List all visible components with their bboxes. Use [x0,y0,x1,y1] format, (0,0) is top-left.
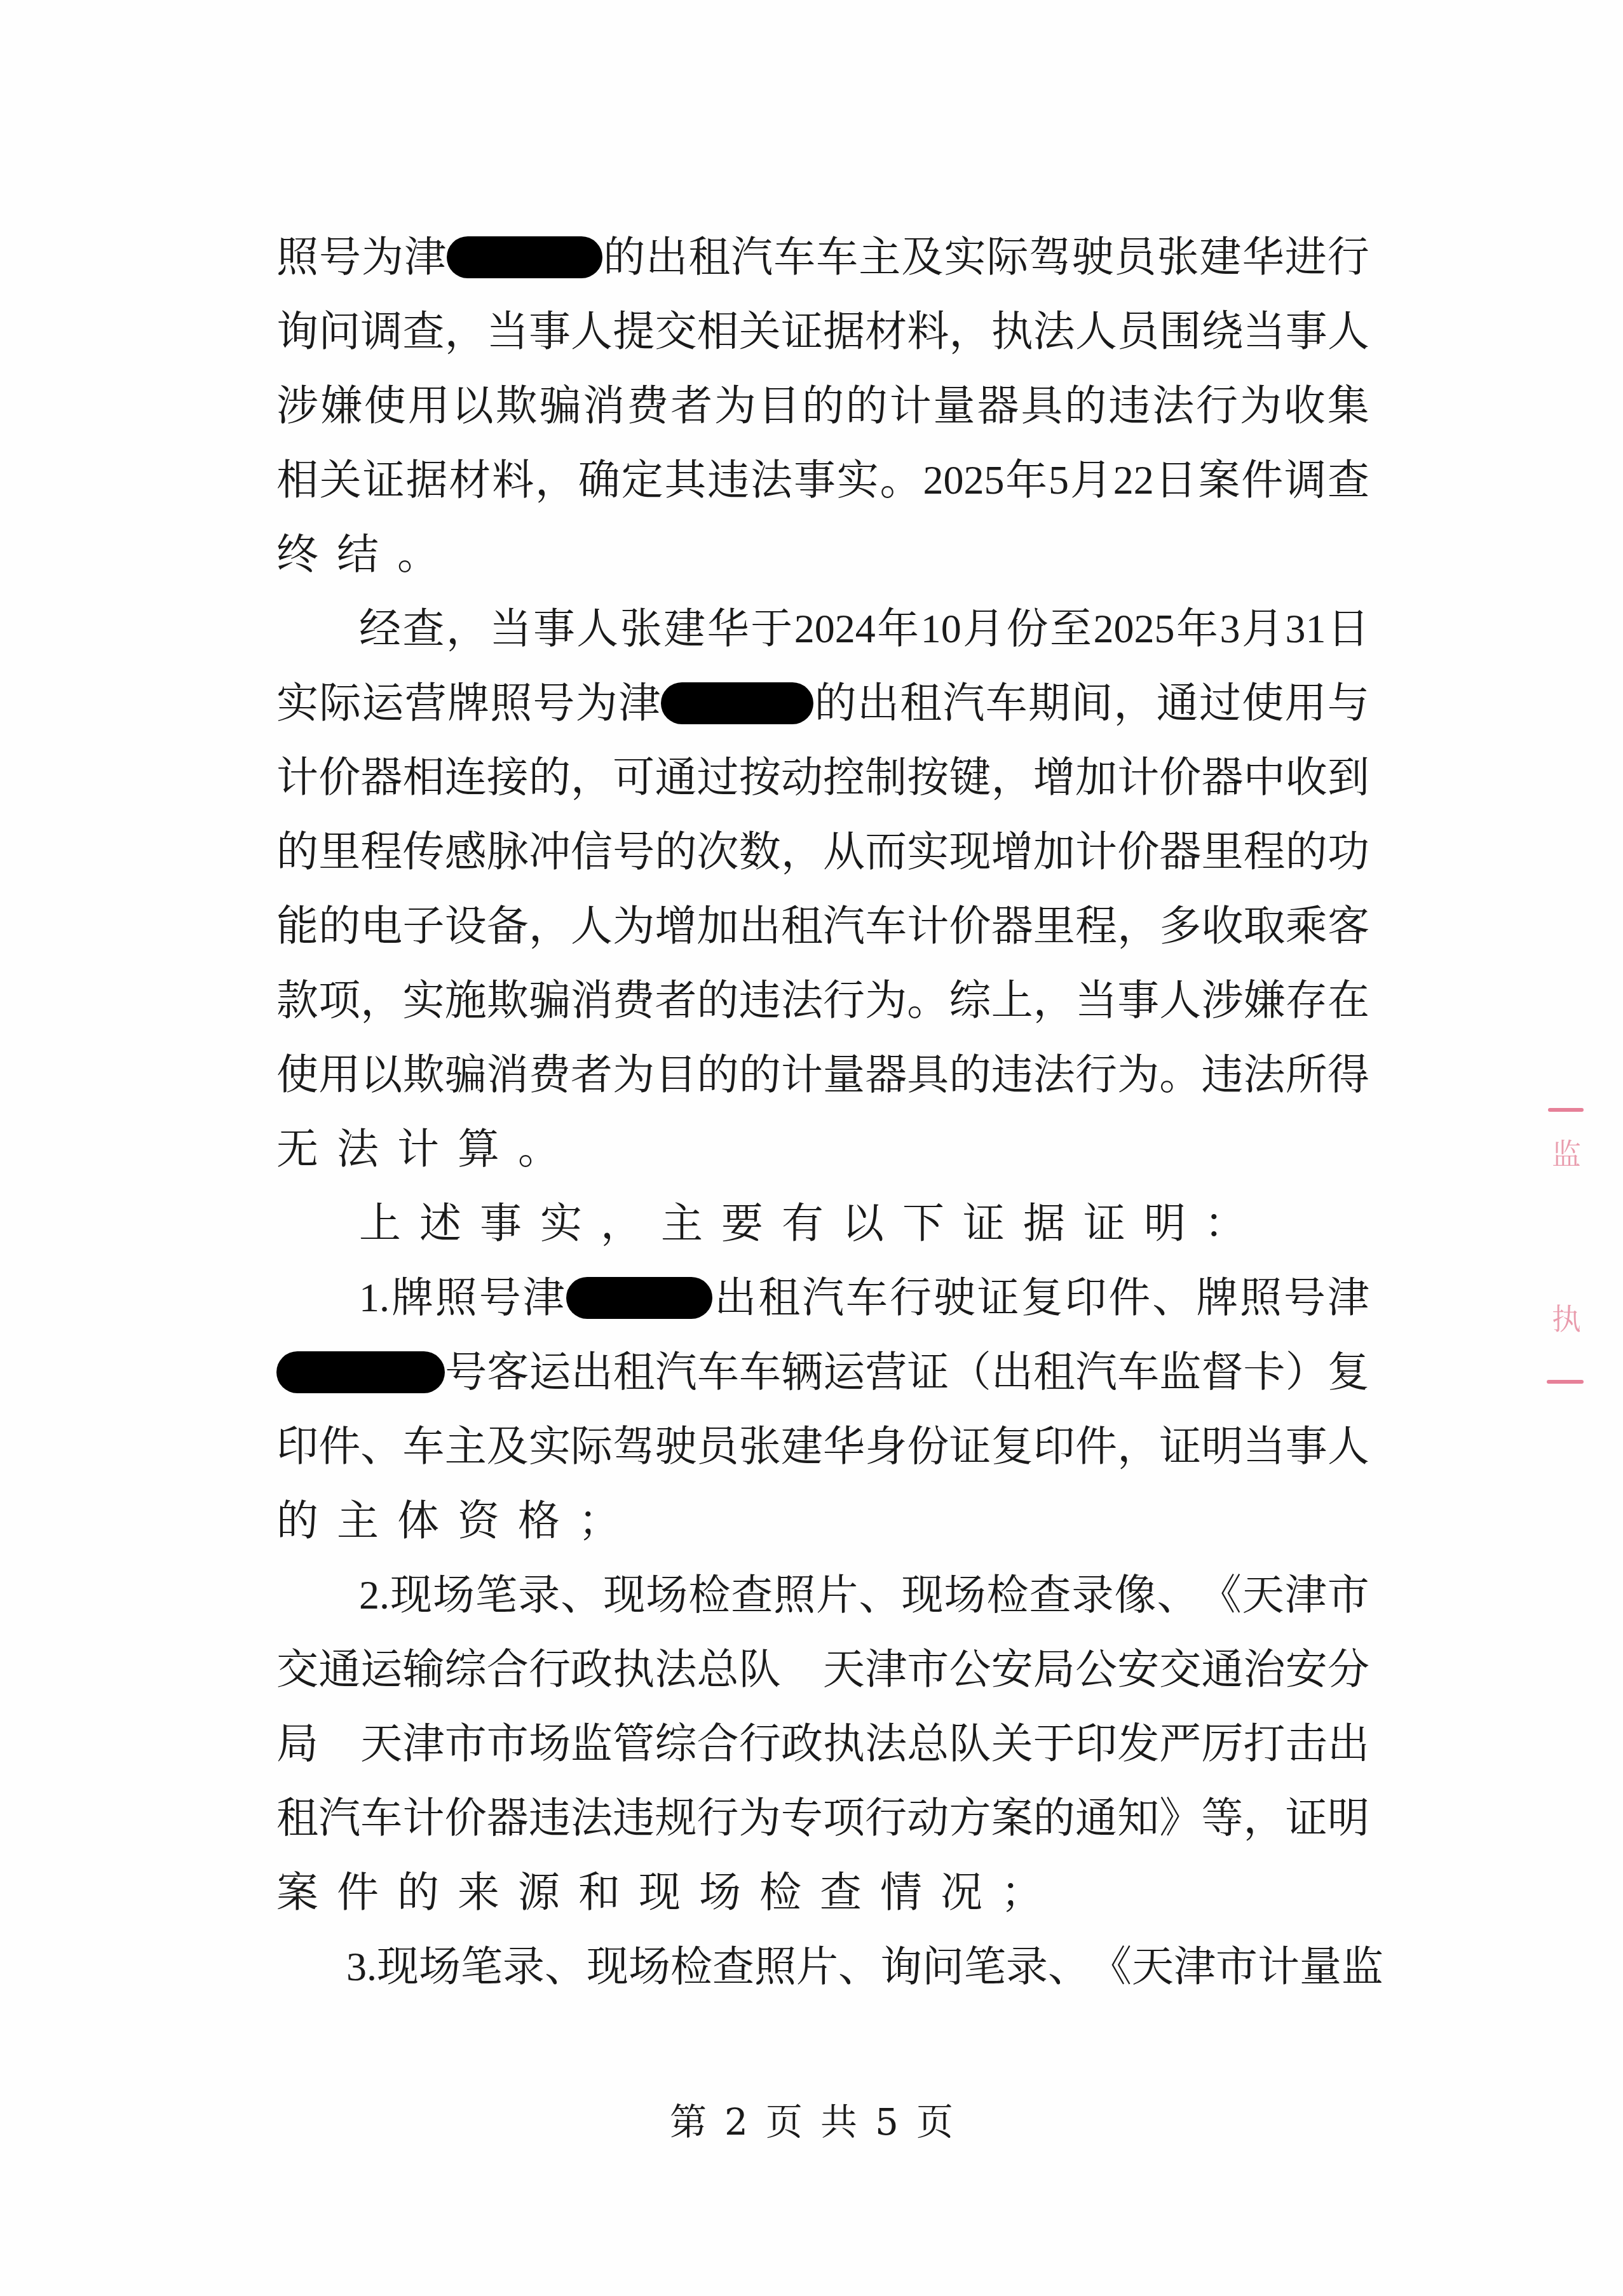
text-char: 场 [699,1867,741,1918]
text-char: 交 [276,1644,318,1695]
text-char: 政 [781,1719,823,1769]
text-char: 卡 [1244,1347,1286,1398]
text-char: 出 [739,901,781,952]
text-char: 下 [902,1198,944,1249]
redacted-license-plate [661,682,813,724]
text-char: 方 [949,1793,991,1844]
text-char: 人 [576,604,618,654]
text-char: 局 [1033,1644,1075,1695]
text-char: ； [1001,1867,1043,1918]
text-char: 津 [1328,1273,1369,1323]
text-char: 接 [487,752,529,803]
official-seal-fragment: 监 执 [1545,1105,1584,1385]
text-char: 为 [865,975,907,1026]
text-char: 动 [907,1793,949,1844]
text-char: 的 [739,1050,781,1100]
text-char: 查 [402,604,444,654]
text-char: 量 [823,1050,865,1100]
text-char: 张 [739,1421,781,1472]
text-char: ） [1286,1347,1328,1398]
text-char: 实 [529,1421,571,1472]
text-char: ， [1114,678,1156,729]
text-char: 牌 [447,678,489,729]
text-char: 证 [1159,1421,1201,1472]
text-char: 费 [529,1050,571,1100]
text-char: 实 [276,678,318,729]
text-char: 汽 [731,232,773,283]
text-char: 感 [445,827,487,877]
text-char: 体 [397,1496,439,1546]
text-char: 案 [991,1793,1033,1844]
number-text: 10 [921,604,961,654]
text-char: 租 [276,1793,318,1844]
text-char: 场 [628,1941,670,1992]
text-char: 现 [949,827,991,877]
text-char: 案 [276,1867,318,1918]
text-char: 主 [445,1421,487,1472]
text-char: 器 [1159,827,1201,877]
text-char: 综 [445,1644,487,1695]
text-char: 使 [364,381,406,431]
text-char: 而 [865,827,907,877]
text-char: 驶 [934,1273,975,1323]
text-line: 1.牌照号津出租汽车行驶证复印件、牌照号津 [359,1273,1369,1323]
text-char: 问 [318,306,360,357]
text-char: 津 [1285,1570,1327,1621]
text-char [318,1719,360,1769]
text-char: 市 [1328,1570,1369,1621]
text-char: 、 [1048,1941,1090,1992]
text-char: 汽 [942,678,984,729]
document-page: 照号为津的出租汽车车主及实际驾驶员张建华进行询问调查，当事人提交相关证据材料，执… [0,0,1623,2296]
text-char: 算 [458,1124,499,1175]
text-char: 为 [1240,381,1282,431]
text-char: （ [949,1347,991,1398]
text-line: 能的电子设备，人为增加出租汽车计价器里程，多收取乘客 [276,901,1369,952]
text-char: 印 [1033,1421,1075,1472]
text-char: 增 [991,827,1033,877]
text-char: 。 [518,1124,560,1175]
text-char: 建 [1200,232,1242,283]
text-char: 严 [1159,1719,1201,1769]
text-char: 号 [479,1273,521,1323]
text-char: 加 [1033,827,1075,877]
text-char: 在 [1328,975,1369,1026]
text-char: 检 [688,1570,730,1621]
text-char: 明 [1144,1198,1186,1249]
text-char: 检 [986,1570,1028,1621]
text-char: 通 [655,752,696,803]
text-char: 汽 [655,1347,697,1398]
footer-part: 第 [670,2100,707,2144]
text-char: 、 [545,1941,587,1992]
text-char: 出 [714,1273,756,1323]
text-char: 津 [865,1644,907,1695]
text-char: 关 [320,455,362,506]
text-char: 、 [560,1570,602,1621]
text-char: 法 [655,1644,696,1695]
text-char: 乘 [1286,901,1328,952]
text-char: 出 [646,232,688,283]
seal-border-bottom [1547,1380,1584,1384]
text-char: 输 [402,1644,444,1695]
text-char: 复 [991,1421,1033,1472]
text-char: 队 [739,1644,781,1695]
text-char: 至 [1050,604,1092,654]
text-char: 调 [360,306,402,357]
text-char: 制 [865,752,907,803]
total-pages-number: 5 [875,2100,899,2144]
text-char: 事 [480,1198,522,1249]
text-char: 车 [360,1793,402,1844]
text-char: 的 [1064,381,1106,431]
number-text: 5 [1049,455,1069,506]
text-char: 于 [750,604,792,654]
text-char: 实 [402,975,444,1026]
text-char: 人 [571,306,613,357]
text-char: 计 [907,901,949,952]
text-char: 行 [890,1273,932,1323]
text-char: 现 [603,1570,645,1621]
text-char: 综 [655,1719,696,1769]
text-char: 明 [1328,1793,1369,1844]
text-char: 场 [944,1570,986,1621]
text-char: 场 [646,1570,688,1621]
text-char: 件 [1108,1273,1150,1323]
text-line: 的里程传感脉冲信号的次数，从而实现增加计价器里程的功 [276,827,1369,877]
text-char: 公 [1075,1644,1117,1695]
text-char: 安 [1286,1644,1328,1695]
text-char: 设 [445,901,487,952]
footer-part: 页 [766,2100,803,2144]
text-char: 为 [714,381,756,431]
text-char: 无 [276,1124,318,1175]
text-char: 要 [721,1198,763,1249]
text-char: 人 [1328,306,1369,357]
text-char: 使 [276,1050,318,1100]
text-line: 局 天津市市场监管综合行政执法总队关于印发严厉打击出 [276,1719,1369,1769]
text-char: 证 [907,1347,949,1398]
text-char: 行 [865,1793,907,1844]
text-char: 印 [1075,1719,1117,1769]
seal-border-top [1548,1108,1584,1112]
text-char: 欺 [402,1050,444,1100]
text-char: 出 [571,1347,613,1398]
text-char: 料 [907,306,949,357]
text-char: 集 [1328,381,1369,431]
text-char: 按 [739,752,781,803]
text-char: 驾 [1029,232,1071,283]
text-char: 消 [571,975,613,1026]
text-line: 涉嫌使用以欺骗消费者为目的的计量器具的违法行为收集 [276,381,1369,431]
text-char: 器 [1201,752,1243,803]
text-char: 行 [739,1719,781,1769]
text-char: 执 [823,1719,865,1769]
text-char: 量 [934,381,975,431]
text-char: 键 [949,752,991,803]
text-char: 得 [1328,1050,1369,1100]
text-char: 查 [402,306,444,357]
text-char: 消 [487,1050,529,1100]
text-char: 年 [1176,604,1218,654]
text-char: 违 [991,1050,1033,1100]
text-char: 现 [901,1570,943,1621]
redacted-license-plate [276,1351,445,1393]
text-char: 出 [1328,1719,1369,1769]
text-char: 程 [1244,827,1286,877]
text-char: 市 [907,1644,949,1695]
seal-glyph-1: 监 [1552,1131,1581,1173]
text-char: ， [1244,1793,1286,1844]
text-char: 收 [1284,381,1326,431]
text-char: 终 [276,529,318,580]
text-char: 计 [890,381,932,431]
text-char: 场 [529,1719,571,1769]
text-char: 项 [823,1793,865,1844]
text-char: 传 [402,827,444,877]
text-char: 当 [1244,1421,1286,1472]
text-char: 取 [1244,901,1286,952]
text-char: 件 [318,1421,360,1472]
text-char: 关 [991,1719,1033,1769]
text-char: 号 [1284,1273,1326,1323]
text-char: 的 [276,1496,318,1546]
text-char: ： [1204,1198,1246,1249]
text-char: 实 [944,232,986,283]
text-char: 证 [781,306,823,357]
text-char: 安 [1117,1644,1159,1695]
text-char: ； [578,1496,620,1546]
text-char: 骗 [539,381,581,431]
text-char: 程 [1075,901,1117,952]
text-char: 照 [435,1273,477,1323]
text-char: 问 [922,1941,964,1992]
text-char: ， [1117,901,1159,952]
text-char: 收 [1201,901,1243,952]
text-char: ， [360,975,402,1026]
text-char: 证 [963,1198,1005,1249]
text-char: 欺 [487,975,529,1026]
text-char: 备 [487,901,529,952]
text-char: 法 [1244,1050,1286,1100]
text-char: 、 [360,1421,402,1472]
text-char: 骗 [445,1050,487,1100]
text-char: ， [446,604,488,654]
number-text: 2024 [794,604,876,654]
text-char: 绕 [1201,306,1243,357]
text-char: 复 [1328,1347,1369,1398]
text-char: 嫌 [1244,975,1286,1026]
text-char: 行 [823,975,865,1026]
text-char: 的 [697,1050,739,1100]
text-char: 据 [405,455,447,506]
text-char: 目 [758,381,800,431]
text-char: 合 [697,1719,739,1769]
text-line: 2.现场笔录、现场检查照片、现场检查录像、《天津市 [359,1570,1369,1621]
text-char: 津 [402,1719,444,1769]
text-char: 运 [360,1644,402,1695]
text-char: 录 [1006,1941,1048,1992]
text-char: 综 [949,975,991,1026]
text-char: 、 [838,1941,880,1992]
text-char: 定 [621,455,663,506]
text-char: 华 [823,1421,865,1472]
text-char: 号 [613,827,655,877]
text-char: 津 [1174,1941,1216,1992]
text-char: 材 [865,306,907,357]
text-char: 经 [359,604,401,654]
text-char: 违 [1108,381,1150,431]
text-char: 车 [816,232,858,283]
text-line: 询问调查，当事人提交相关证据材料，执法人员围绕当事人 [276,306,1369,357]
text-char: 存 [1286,975,1328,1026]
text-char: 为 [362,232,404,283]
text-char: 安 [991,1644,1033,1695]
text-char: 主 [661,1198,703,1249]
text-char: 嫌 [320,381,362,431]
text-line: 无法计算。 [276,1124,1369,1175]
text-char: 源 [518,1867,560,1918]
text-char: 建 [781,1421,823,1472]
text-char: 。 [397,529,439,580]
text-char: 管 [613,1719,655,1769]
text-line: 使用以欺骗消费者为目的的计量器具的违法行为。违法所得 [276,1050,1369,1100]
text-char: 租 [1033,1347,1075,1398]
text-char: 出 [991,1347,1033,1398]
text-char: 监 [1159,1347,1201,1398]
text-char: 为 [576,678,618,729]
text-char: 年 [1005,455,1047,506]
text-char: 确 [578,455,620,506]
text-char: 连 [445,752,487,803]
text-char: 汽 [318,1793,360,1844]
number-text: 22 [1113,455,1154,506]
text-char: 围 [1159,306,1201,357]
text-char: 为 [739,1793,781,1844]
text-char: 日 [1155,455,1197,506]
text-char: 价 [1159,752,1201,803]
text-char: 当 [487,306,529,357]
text-char: 笔 [461,1941,503,1992]
text-char: ， [949,306,991,357]
text-line: 款项，实施欺骗消费者的违法行为。综上，当事人涉嫌存在 [276,975,1369,1026]
text-char: 张 [1157,232,1199,283]
text-char: 违 [739,975,781,1026]
text-char: 者 [571,1050,613,1100]
text-char: 具 [1021,381,1063,431]
text-char: 的 [697,975,739,1026]
text-char: 公 [949,1644,991,1695]
text-char: 资 [458,1496,499,1546]
current-page-number: 2 [724,2100,748,2144]
text-char: 骗 [529,975,571,1026]
text-char: 违 [1201,1050,1243,1100]
text-char: 子 [402,901,444,952]
text-char: 询 [276,306,318,357]
text-char: 查 [712,1941,754,1992]
text-char: 人 [1328,1421,1369,1472]
text-char: 交 [1159,1644,1201,1695]
text-char: 政 [571,1644,613,1695]
text-char: 从 [823,827,865,877]
text-char: ， [535,455,577,506]
text-char: 津 [618,678,660,729]
text-char: 事 [1117,975,1159,1026]
text-char: 于 [1033,1719,1075,1769]
seal-glyph-2: 执 [1552,1296,1581,1338]
text-char: 租 [781,901,823,952]
text-char: 市 [1216,1941,1258,1992]
text-char: 录 [1072,1570,1114,1621]
text-char: 营 [405,678,447,729]
text-char: 笔 [964,1941,1006,1992]
text-char: 格 [518,1496,560,1546]
text-char: 计 [276,752,318,803]
text-char: 当 [1075,975,1117,1026]
text-char: 与 [1328,678,1369,729]
text-char: 以 [842,1198,884,1249]
text-char: 器 [487,1793,529,1844]
text-char: 查 [1029,1570,1071,1621]
text-char: 计 [397,1124,439,1175]
text-char: 上 [359,1198,401,1249]
text-char: 控 [823,752,865,803]
number-text: 3. [346,1941,377,1992]
text-line: 照号为津的出租汽车车主及实际驾驶员张建华进行 [276,232,1369,283]
text-char: 。 [1159,1050,1201,1100]
text-char: 队 [949,1719,991,1769]
text-char: 际 [986,232,1028,283]
text-char: 合 [487,1644,529,1695]
text-char: 车 [1117,1347,1159,1398]
text-char: 中 [1244,752,1286,803]
text-char: 法 [571,1793,613,1844]
text-char: 汽 [823,901,865,952]
text-char: 过 [1199,678,1241,729]
text-char: 当 [1244,306,1286,357]
text-char: 信 [571,827,613,877]
text-char: 用 [408,381,450,431]
text-char: 月 [1070,455,1112,506]
text-char: 增 [655,901,696,952]
text-char: 照 [490,678,532,729]
text-char: 脉 [487,827,529,877]
text-line: 相关证据材料，确定其违法事实。2025年5月22日案件调查 [276,455,1369,506]
text-char: 通 [1157,678,1199,729]
text-char: 实 [907,827,949,877]
text-line: 3.现场笔录、现场检查照片、询问笔录、《天津市计量监 [346,1941,1369,1992]
text-char: 使 [1242,678,1284,729]
number-text: 2025 [923,455,1004,506]
text-char: 行 [697,1793,739,1844]
text-char: 出 [857,678,899,729]
text-char: 用 [1285,678,1327,729]
text-char: 现 [390,1570,432,1621]
text-char: 租 [900,678,942,729]
text-char: 年 [877,604,919,654]
text-char: 。 [880,455,922,506]
text-char: 、 [1157,1570,1199,1621]
text-char: 法 [1033,1050,1075,1100]
text-char: 违 [529,1793,571,1844]
text-char: 当 [489,604,531,654]
text-char: 结 [337,529,379,580]
text-char: 驶 [1072,232,1114,283]
text-char: 违 [613,1793,655,1844]
text-char: 况 [941,1867,982,1918]
text-char: 法 [750,455,792,506]
text-char: 实 [540,1198,582,1249]
